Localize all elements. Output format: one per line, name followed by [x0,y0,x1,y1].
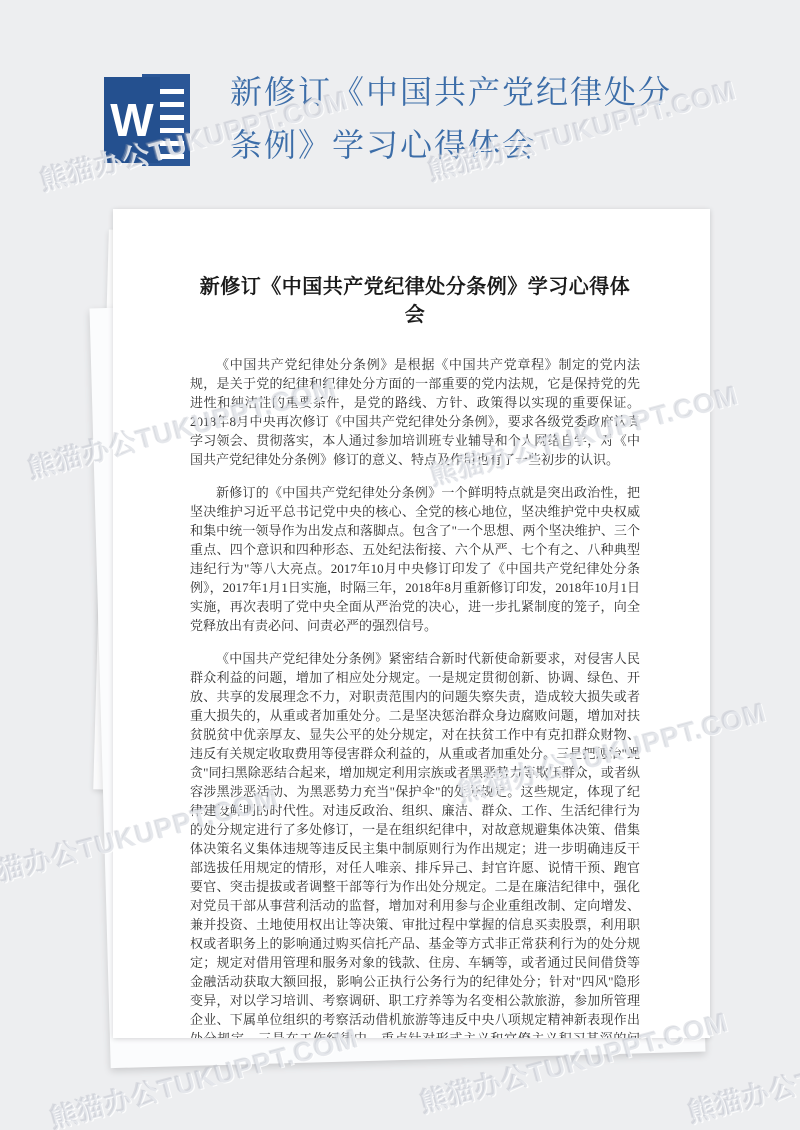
page-title: 新修订《中国共产党纪律处分 条例》学习心得体会 [230,66,750,172]
document-paragraph-1: 《中国共产党纪律处分条例》是根据《中国共产党章程》制定的党内法规，是关于党的纪律… [190,355,640,469]
page-title-line2: 条例》学习心得体会 [230,119,750,172]
word-w-panel-icon: W [104,77,160,163]
word-icon: W [104,74,190,166]
page-title-line1: 新修订《中国共产党纪律处分 [230,66,750,119]
document-page: 新修订《中国共产党纪律处分条例》学习心得体会 《中国共产党纪律处分条例》是根据《… [113,209,710,1038]
page: W 新修订《中国共产党纪律处分 条例》学习心得体会 新修订《中国共产党纪律处分条… [0,0,800,1130]
document-paragraph-3: 《中国共产党纪律处分条例》紧密结合新时代新使命新要求，对侵害人民群众利益的问题，… [190,649,640,1038]
word-letter: W [110,97,153,143]
document-title: 新修订《中国共产党纪律处分条例》学习心得体会 [190,273,640,329]
document-paragraph-2: 新修订的《中国共产党纪律处分条例》一个鲜明特点就是突出政治性，把坚决维护习近平总… [190,483,640,635]
